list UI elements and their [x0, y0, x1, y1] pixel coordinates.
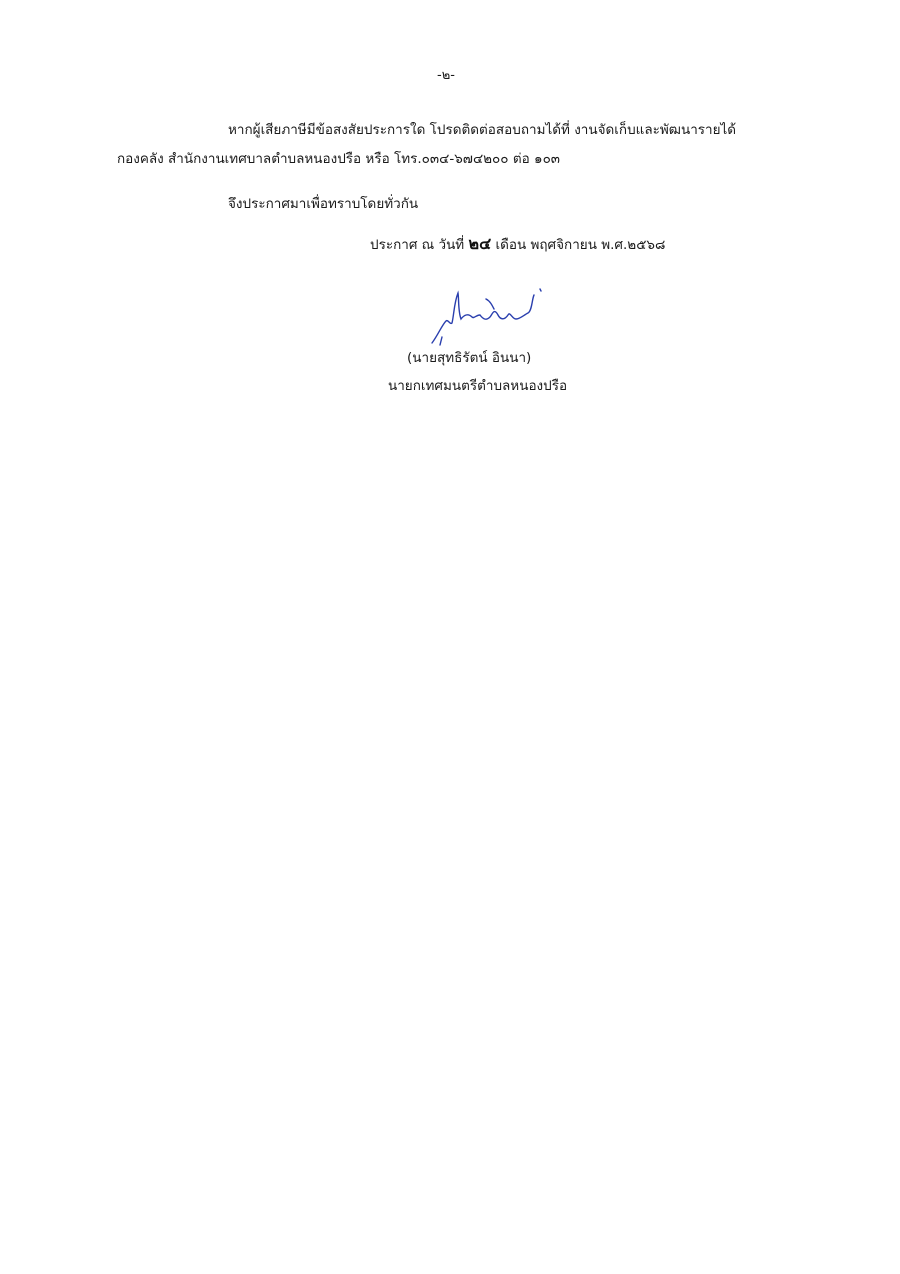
signatory-title: นายกเทศมนตรีตำบลหนองปรือ [388, 374, 567, 396]
contact-paragraph-line2: กองคลัง สำนักงานเทศบาลตำบลหนองปรือ หรือ … [117, 147, 560, 169]
date-month-label: เดือน [495, 237, 526, 253]
contact-paragraph-line1: หากผู้เสียภาษีมีข้อสงสัยประการใด โปรดติด… [228, 118, 736, 140]
date-month: พฤศจิกายน [530, 237, 596, 253]
date-prefix: ประกาศ ณ วันที่ [370, 237, 464, 253]
signature-icon [428, 285, 548, 347]
date-year-label: พ.ศ. [601, 237, 627, 253]
signatory-name: (นายสุทธิรัตน์ อินนา) [407, 346, 531, 368]
date-year: ๒๕๖๘ [627, 237, 665, 253]
closing-paragraph: จึงประกาศมาเพื่อทราบโดยทั่วกัน [228, 192, 418, 214]
page-number: -๒- [437, 64, 455, 85]
date-day: ๒๔ [469, 234, 492, 253]
announcement-date: ประกาศ ณ วันที่ ๒๔ เดือน พฤศจิกายน พ.ศ.๒… [370, 232, 665, 257]
